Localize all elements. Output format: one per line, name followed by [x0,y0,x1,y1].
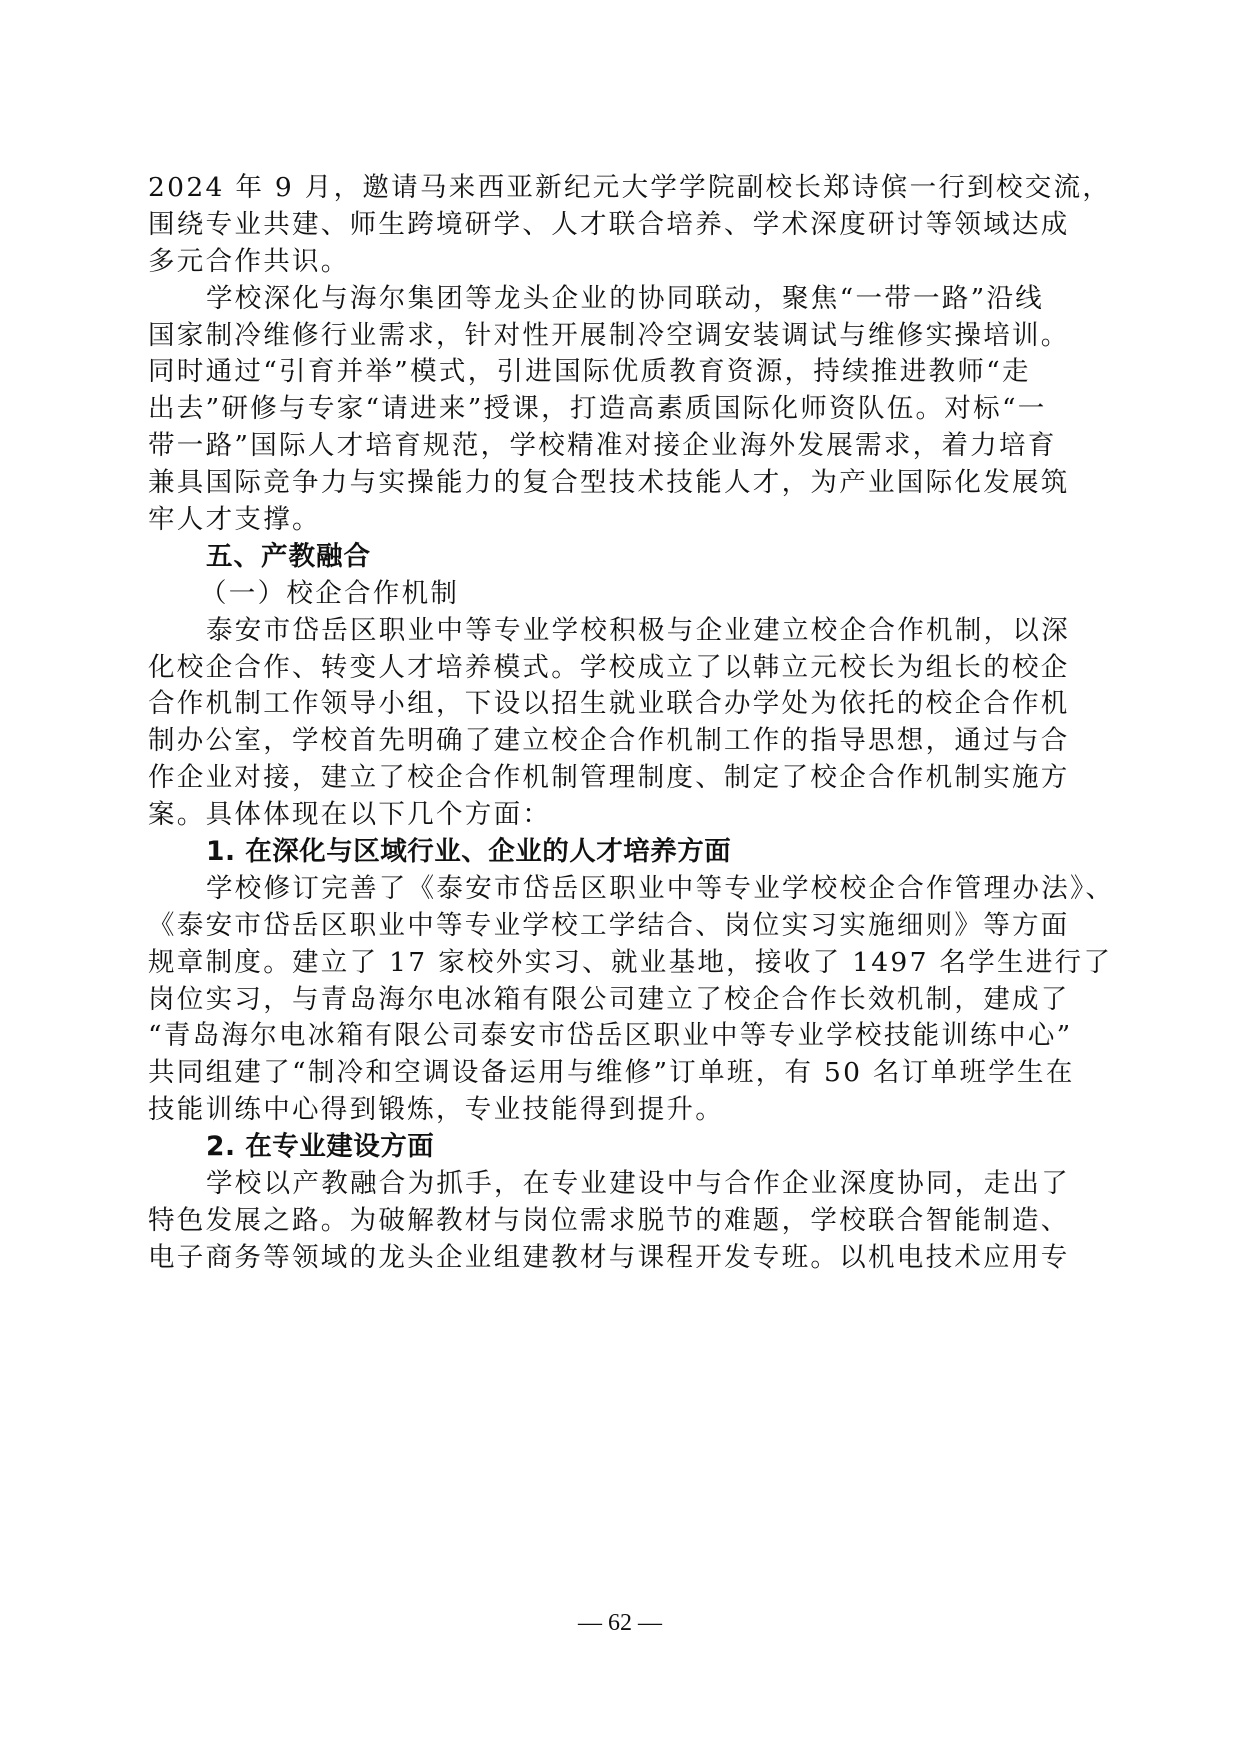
text-line: 电子商务等领域的龙头企业组建教材与课程开发专班。以机电技术应用专 [148,1240,1092,1277]
text-line: 作企业对接，建立了校企合作机制管理制度、制定了校企合作机制实施方 [148,760,1092,797]
text-line: 出去”研修与专家“请进来”授课，打造高素质国际化师资队伍。对标“一 [148,391,1092,428]
paragraph-start: 学校深化与海尔集团等龙头企业的协同联动，聚焦“一带一路”沿线 [148,281,1092,318]
text-line: 兼具国际竞争力与实操能力的复合型技术技能人才，为产业国际化发展筑 [148,465,1092,502]
text-line: 围绕专业共建、师生跨境研学、人才联合培养、学术深度研讨等领域达成 [148,207,1092,244]
text-line: 合作机制工作领导小组，下设以招生就业联合办学处为依托的校企合作机 [148,686,1092,723]
text-line: 特色发展之路。为破解教材与岗位需求脱节的难题，学校联合智能制造、 [148,1203,1092,1240]
text-line: 技能训练中心得到锻炼，专业技能得到提升。 [148,1092,1092,1129]
item-heading: 2. 在专业建设方面 [148,1129,1092,1166]
paragraph-start: 学校以产教融合为抓手，在专业建设中与合作企业深度协同，走出了 [148,1166,1092,1203]
text-line: 岗位实习，与青岛海尔电冰箱有限公司建立了校企合作长效机制，建成了 [148,982,1092,1019]
text-line: 共同组建了“制冷和空调设备运用与维修”订单班，有 50 名订单班学生在 [148,1055,1092,1092]
text-line: 制办公室，学校首先明确了建立校企合作机制工作的指导思想，通过与合 [148,723,1092,760]
text-line: 《泰安市岱岳区职业中等专业学校工学结合、岗位实习实施细则》等方面 [148,908,1092,945]
text-line: 2024 年 9 月，邀请马来西亚新纪元大学学院副校长郑诗傧一行到校交流， [148,170,1092,207]
text-line: 国家制冷维修行业需求，针对性开展制冷空调安装调试与维修实操培训。 [148,318,1092,355]
paragraph-start: 泰安市岱岳区职业中等专业学校积极与企业建立校企合作机制，以深 [148,613,1092,650]
text-line: 多元合作共识。 [148,244,1092,281]
text-line: 规章制度。建立了 17 家校外实习、就业基地，接收了 1497 名学生进行了 [148,945,1092,982]
text-line: 牢人才支撑。 [148,502,1092,539]
text-line: “青岛海尔电冰箱有限公司泰安市岱岳区职业中等专业学校技能训练中心” [148,1018,1092,1055]
text-line: 化校企合作、转变人才培养模式。学校成立了以韩立元校长为组长的校企 [148,650,1092,687]
text-line: 同时通过“引育并举”模式，引进国际优质教育资源，持续推进教师“走 [148,354,1092,391]
subsection-heading: （一）校企合作机制 [148,576,1092,613]
text-line: 案。具体体现在以下几个方面： [148,797,1092,834]
document-page: 2024 年 9 月，邀请马来西亚新纪元大学学院副校长郑诗傧一行到校交流， 围绕… [148,170,1092,1277]
section-heading: 五、产教融合 [148,539,1092,576]
page-number: — 62 — [0,1610,1240,1637]
item-heading: 1. 在深化与区域行业、企业的人才培养方面 [148,834,1092,871]
paragraph-start: 学校修订完善了《泰安市岱岳区职业中等专业学校校企合作管理办法》、 [148,871,1092,908]
text-line: 带一路”国际人才培育规范，学校精准对接企业海外发展需求，着力培育 [148,428,1092,465]
